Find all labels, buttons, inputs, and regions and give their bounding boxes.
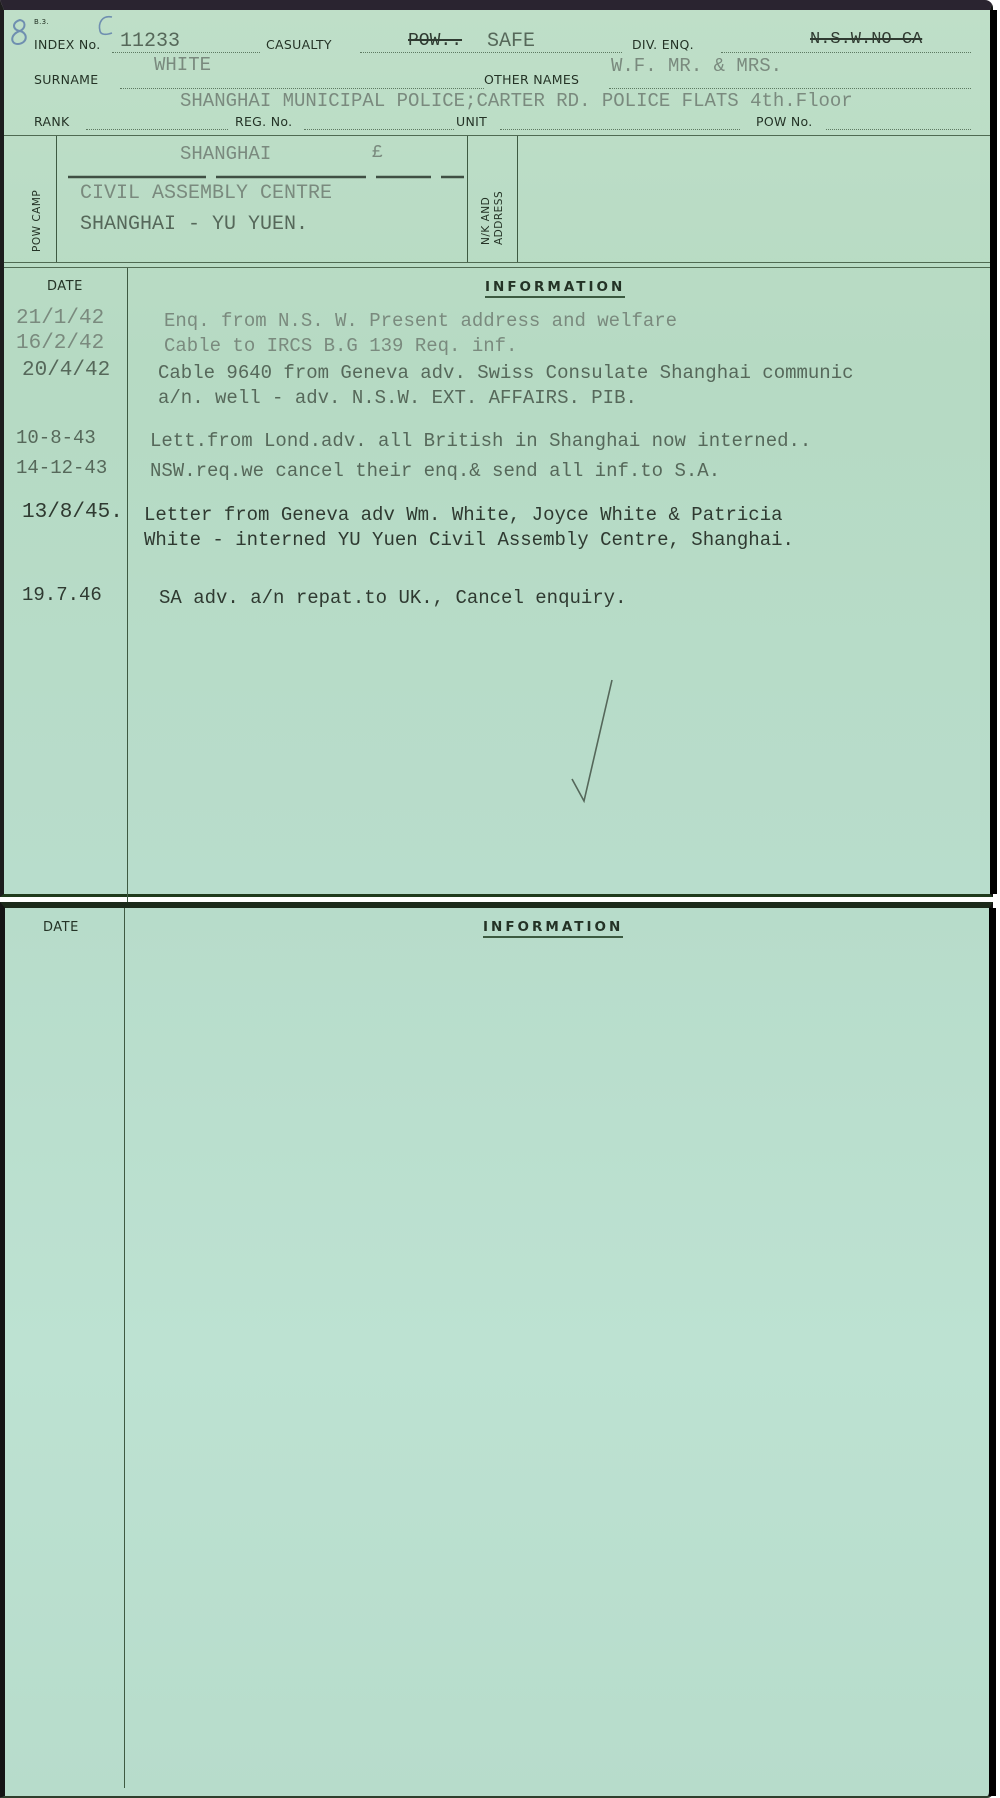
pow-camp-line1: SHANGHAI xyxy=(180,143,271,165)
form-code: B.3. xyxy=(34,18,49,26)
address-value: SHANGHAI MUNICIPAL POLICE;CARTER RD. POL… xyxy=(180,90,853,112)
entry-info-line: White - interned YU Yuen Civil Assembly … xyxy=(144,529,794,551)
reg-no-line xyxy=(304,129,454,130)
label-other-names: OTHER NAMES xyxy=(484,72,579,87)
entry-date: 16/2/42 xyxy=(16,332,104,355)
index-card-back: DATE INFORMATION xyxy=(0,902,993,1798)
entry-date: 20/4/42 xyxy=(22,359,110,382)
surname-line xyxy=(120,88,484,89)
label-surname: SURNAME xyxy=(34,72,98,87)
entry-info-line: Enq. from N.S. W. Present address and we… xyxy=(164,310,677,332)
rule-camp-left xyxy=(56,136,57,263)
typed-underline xyxy=(66,174,466,180)
label-unit: UNIT xyxy=(456,114,487,129)
entry-date: 14-12-43 xyxy=(16,457,107,479)
label-address: ADDRESS xyxy=(493,191,505,245)
information-header: INFORMATION xyxy=(483,919,623,938)
pow-camp-line3: SHANGHAI - YU YUEN. xyxy=(80,213,308,236)
casualty-value: SAFE xyxy=(487,30,535,53)
entry-info-line: Cable 9640 from Geneva adv. Swiss Consul… xyxy=(158,362,854,384)
div-enq-struck-value: N.S.W.NO CA xyxy=(810,30,922,49)
entry-info-line: Letter from Geneva adv Wm. White, Joyce … xyxy=(144,504,783,526)
entry-date: 13/8/45. xyxy=(22,501,123,524)
entry-info-line: NSW.req.we cancel their enq.& send all i… xyxy=(150,460,720,482)
label-casualty: CASUALTY xyxy=(266,37,332,52)
entry-date: 19.7.46 xyxy=(22,584,102,606)
pow-camp-symbol: £ xyxy=(372,143,383,163)
rule-box-bottom-1 xyxy=(4,262,990,263)
card-edge xyxy=(989,908,996,1796)
information-header: INFORMATION xyxy=(485,279,625,298)
rule-nk-right xyxy=(517,136,518,263)
rank-line xyxy=(86,129,228,130)
entry-date: 10-8-43 xyxy=(16,427,96,449)
label-rank: RANK xyxy=(34,114,69,129)
label-reg-no: REG. No. xyxy=(235,114,292,129)
date-header: DATE xyxy=(43,920,79,935)
label-nk-and: N/K AND xyxy=(480,197,492,245)
rule-top-box xyxy=(4,135,990,136)
surname-value: WHITE xyxy=(154,54,211,76)
label-div-enq: DIV. ENQ. xyxy=(632,37,694,52)
entry-info-line: Lett.from Lond.adv. all British in Shang… xyxy=(150,430,811,452)
other-names-value: W.F. MR. & MRS. xyxy=(611,55,782,77)
entry-info-line: Cable to IRCS B.G 139 Req. inf. xyxy=(164,335,517,357)
index-no-value: 11233 xyxy=(120,30,180,53)
index-card-front: B.3. INDEX No. 11233 CASUALTY POW.. SAFE… xyxy=(0,0,993,897)
pen-letter-c-icon xyxy=(92,13,118,39)
other-names-line xyxy=(609,88,971,89)
date-header: DATE xyxy=(47,279,83,294)
casualty-struck-value: POW.. xyxy=(408,31,462,51)
card-edge xyxy=(990,10,997,894)
checkmark-icon xyxy=(568,675,618,805)
entry-info-line: a/n. well - adv. N.S.W. EXT. AFFAIRS. PI… xyxy=(158,387,637,409)
unit-line xyxy=(500,129,740,130)
rule-date-column xyxy=(127,268,128,908)
rule-box-bottom-2 xyxy=(4,267,990,268)
rule-camp-right xyxy=(467,136,468,263)
label-index-no: INDEX No. xyxy=(34,37,101,52)
entry-date: 21/1/42 xyxy=(16,307,104,330)
entry-info-line: SA adv. a/n repat.to UK., Cancel enquiry… xyxy=(159,587,626,609)
label-pow-no: POW No. xyxy=(756,114,813,129)
rule-date-column xyxy=(124,908,125,1788)
pow-camp-line2: CIVIL ASSEMBLY CENTRE xyxy=(80,182,332,205)
pen-mark-icon xyxy=(6,16,36,50)
pow-no-line xyxy=(826,129,971,130)
label-pow-camp: POW CAMP xyxy=(31,190,43,252)
div-enq-line xyxy=(721,52,971,53)
